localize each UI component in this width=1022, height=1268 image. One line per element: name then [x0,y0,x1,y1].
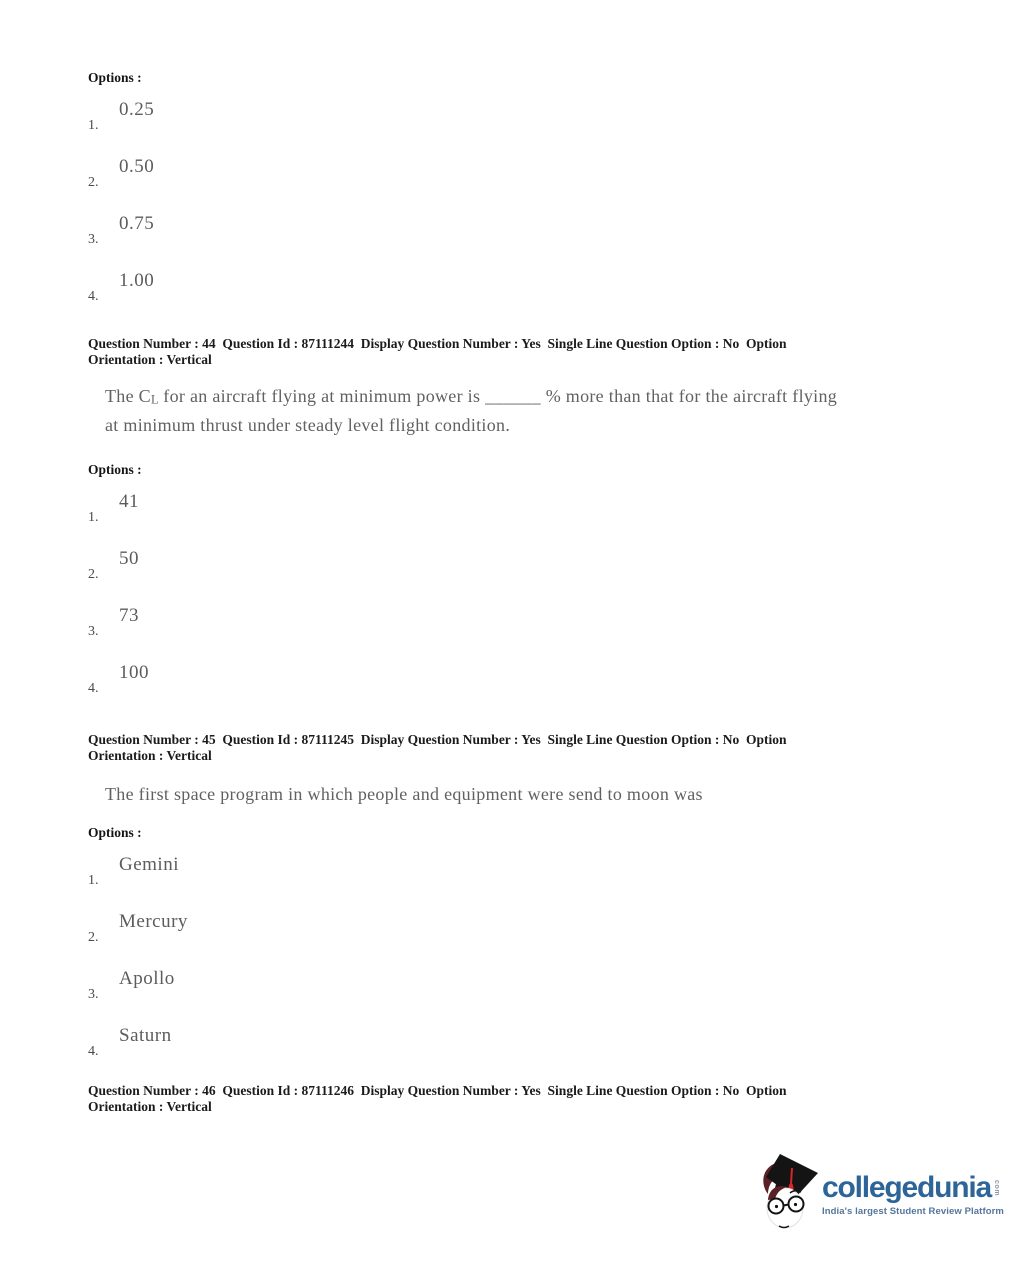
collegedunia-tagline: India's largest Student Review Platform [822,1206,1004,1217]
question-46-header: Question Number : 46 Question Id : 87111… [88,1083,850,1114]
collegedunia-logo: collegedunia com India's largest Student… [754,1154,1004,1234]
option-number: 4. [88,681,105,697]
collegedunia-logo-text: collegedunia com India's largest Student… [822,1154,1004,1217]
options-label: Options : [88,462,850,478]
option-value: Gemini [119,854,179,876]
question-44-header-line1: Question Number : 44 Question Id : 87111… [88,336,786,351]
option-number: 3. [88,624,105,640]
collegedunia-brand-domain: com [993,1180,1000,1196]
option-number: 1. [88,510,105,526]
answer-option: 2. 0.50 [88,157,850,191]
option-number: 2. [88,567,105,583]
option-number: 1. [88,873,105,889]
document-content: Options : 1. 0.25 2. 0.50 3. 0.75 4. 1.0… [88,70,850,1114]
option-value: 0.75 [119,213,154,235]
option-number: 3. [88,987,105,1003]
option-value: 73 [119,605,139,627]
answer-option: 3. 73 [88,606,850,640]
answer-option: 2. Mercury [88,912,850,946]
options-label: Options : [88,70,850,86]
option-number: 2. [88,930,105,946]
option-value: Mercury [119,911,188,933]
option-number: 2. [88,175,105,191]
option-number: 1. [88,118,105,134]
option-number: 4. [88,289,105,305]
exam-document-page: Options : 1. 0.25 2. 0.50 3. 0.75 4. 1.0… [0,0,1022,1268]
option-value: Saturn [119,1025,172,1047]
option-value: 0.50 [119,156,154,178]
question-44-text: The CL for an aircraft flying at minimum… [105,383,850,438]
option-value: 50 [119,548,139,570]
option-number: 3. [88,232,105,248]
question-45-header-line2: Orientation : Vertical [88,748,212,763]
answer-option: 1. Gemini [88,855,850,889]
option-value: 0.25 [119,99,154,121]
collegedunia-mascot-icon [754,1154,820,1234]
question-45-header-line1: Question Number : 45 Question Id : 87111… [88,732,786,747]
answer-option: 4. 1.00 [88,271,850,305]
options-label: Options : [88,825,850,841]
question-44-header: Question Number : 44 Question Id : 87111… [88,336,850,367]
answer-option: 3. 0.75 [88,214,850,248]
answer-option: 4. 100 [88,663,850,697]
question-46-header-line1: Question Number : 46 Question Id : 87111… [88,1083,786,1098]
question-45-text: The first space program in which people … [105,781,850,807]
answer-option: 3. Apollo [88,969,850,1003]
question-46-header-line2: Orientation : Vertical [88,1099,212,1114]
question-44-text-before: The C [105,386,151,406]
question-44-header-line2: Orientation : Vertical [88,352,212,367]
question-45-header: Question Number : 45 Question Id : 87111… [88,732,850,763]
option-value: 1.00 [119,270,154,292]
answer-option: 2. 50 [88,549,850,583]
answer-option: 4. Saturn [88,1026,850,1060]
collegedunia-brand-name: collegedunia [822,1174,991,1202]
option-number: 4. [88,1044,105,1060]
question-44-text-after: for an aircraft flying at minimum power … [105,386,837,435]
option-value: 41 [119,491,139,513]
option-value: 100 [119,662,149,684]
answer-option: 1. 0.25 [88,100,850,134]
option-value: Apollo [119,968,175,990]
answer-option: 1. 41 [88,492,850,526]
